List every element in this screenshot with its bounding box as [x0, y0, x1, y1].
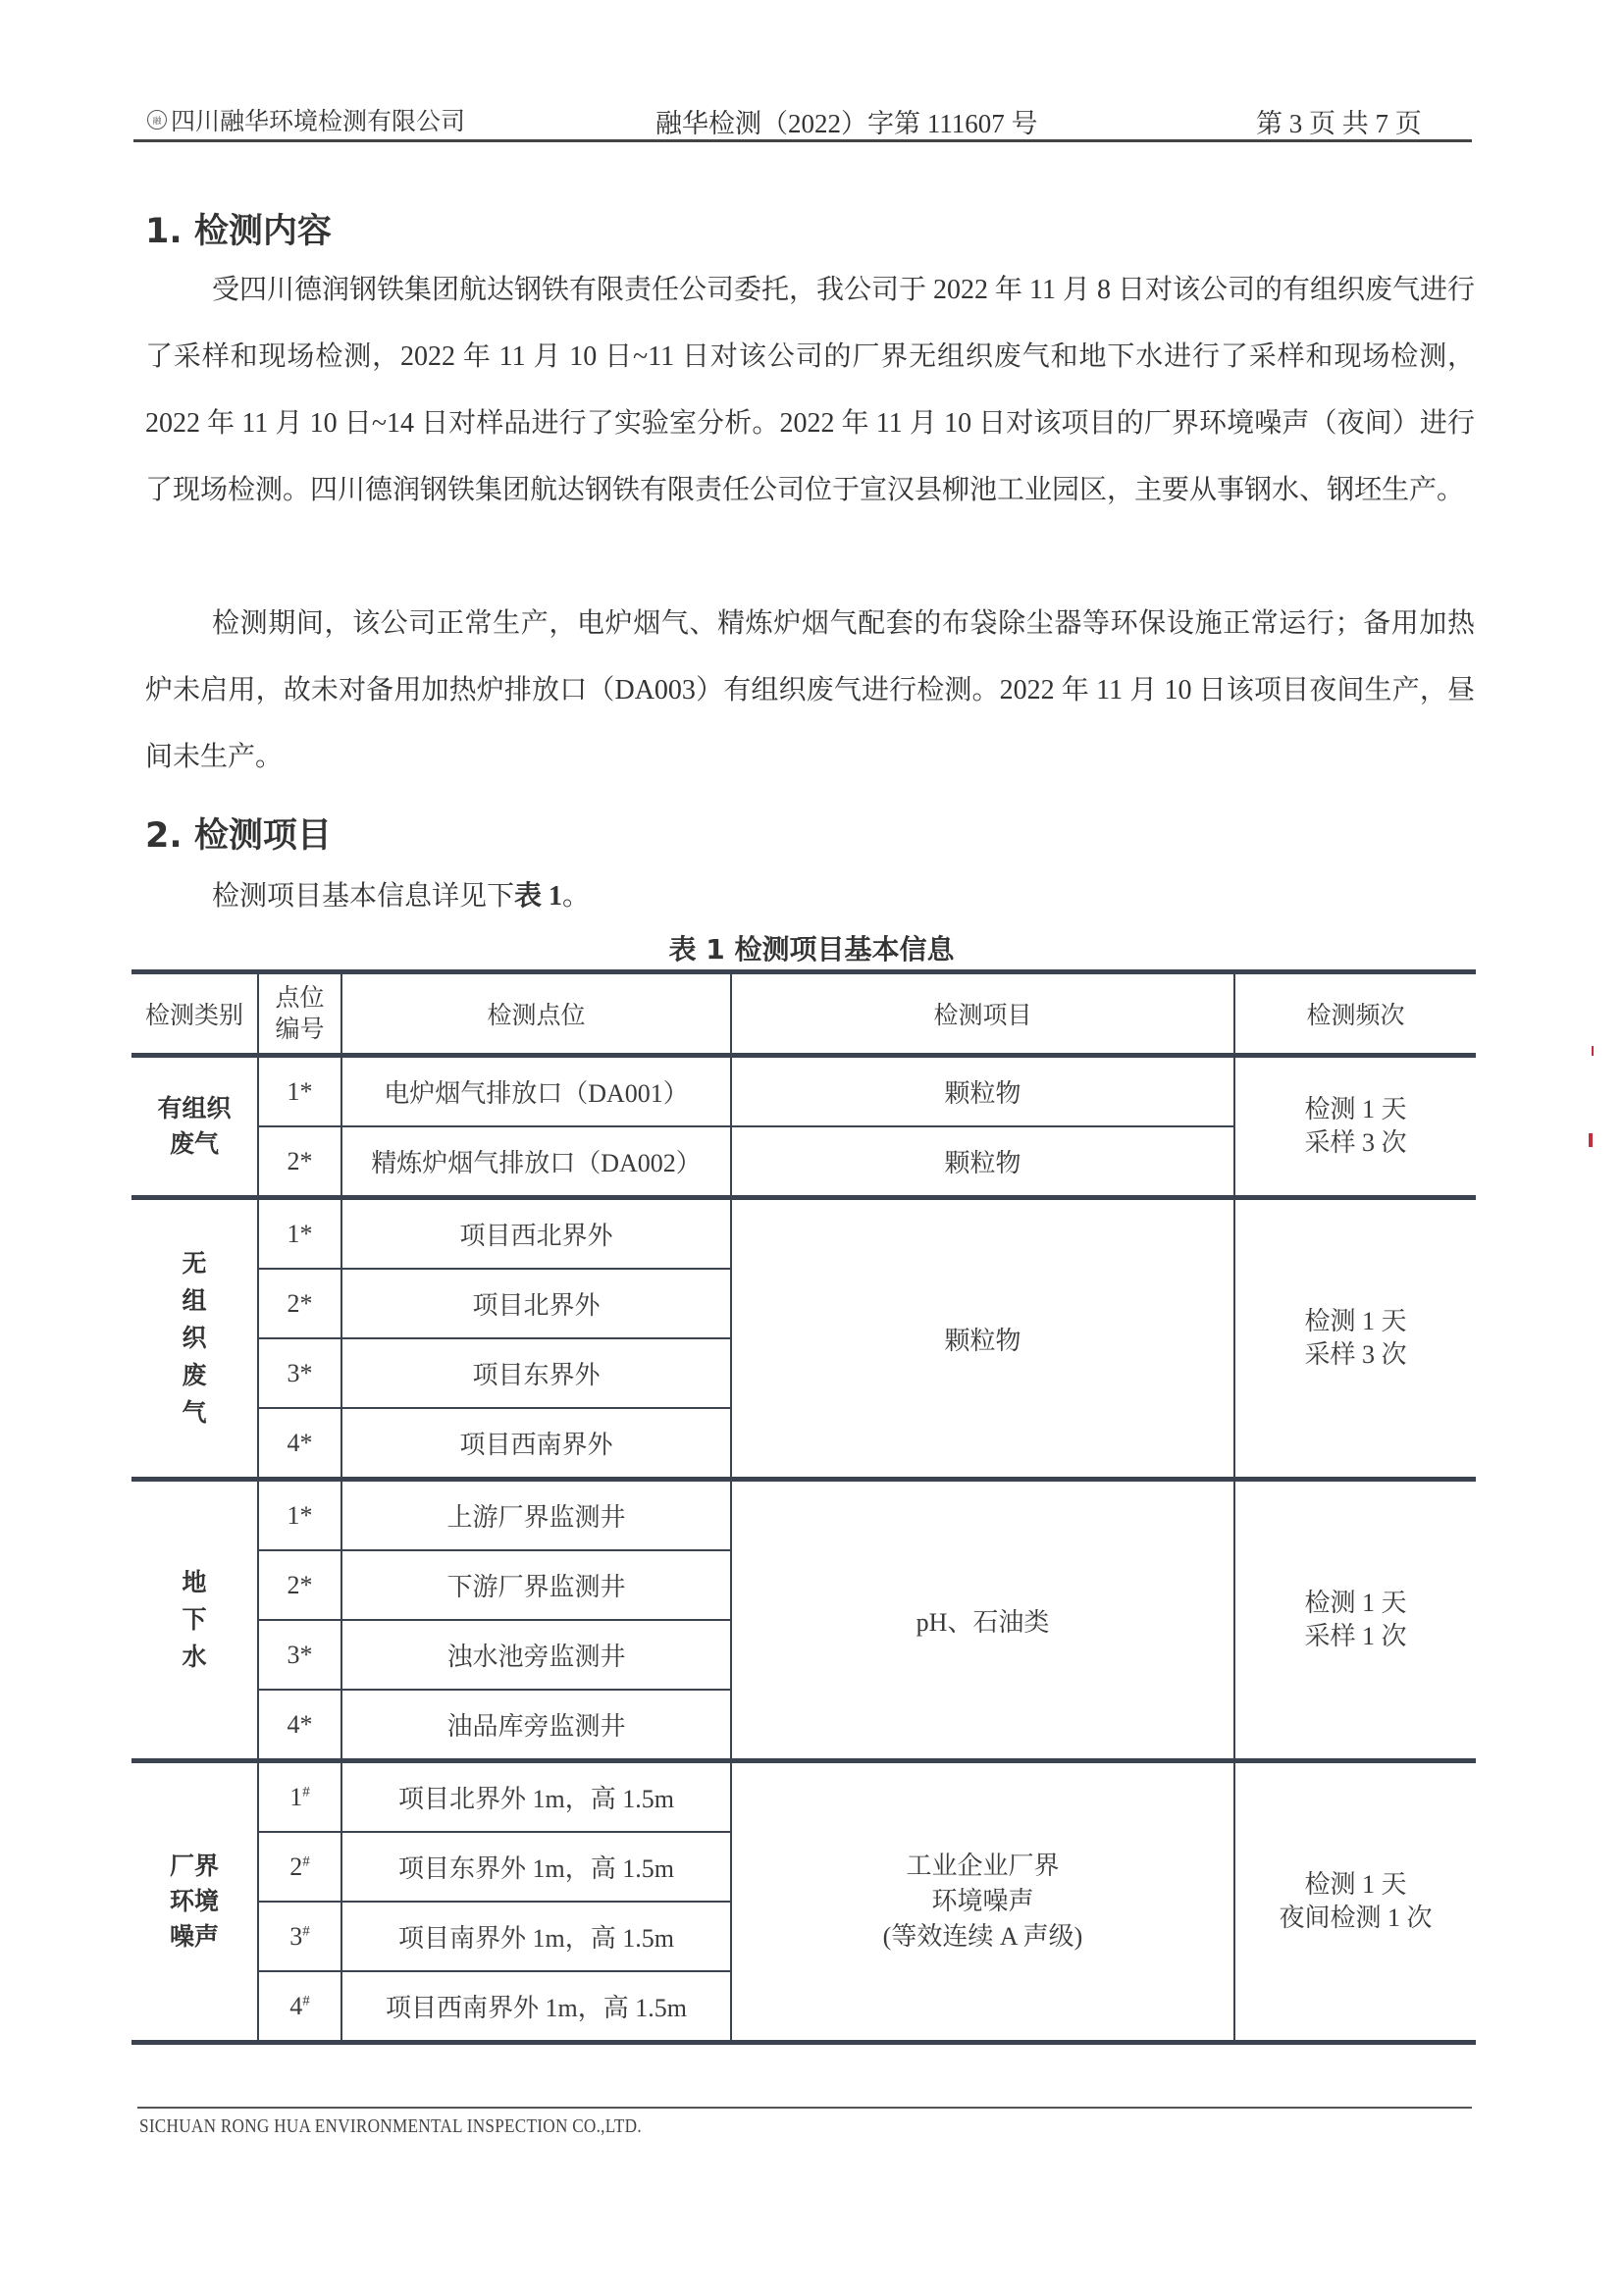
footer-company-en: SICHUAN RONG HUA ENVIRONMENTAL INSPECTIO…	[139, 2115, 642, 2138]
location: 项目北界外	[341, 1269, 731, 1338]
location: 油品库旁监测井	[341, 1690, 731, 1761]
company-name: 四川融华环境检测有限公司	[171, 102, 465, 137]
category-organized-gas: 有组织 废气	[131, 1056, 258, 1198]
inspection-items-table: 检测类别 点位 编号 检测点位 检测项目 检测频次 有组织 废气 1* 电炉烟气…	[131, 969, 1476, 2045]
location: 电炉烟气排放口（DA001）	[341, 1056, 731, 1127]
item: 工业企业厂界 环境噪声 (等效连续 A 声级)	[731, 1761, 1234, 2043]
location: 项目北界外 1m，高 1.5m	[341, 1761, 731, 1833]
location: 项目西南界外 1m，高 1.5m	[341, 1971, 731, 2043]
location: 项目西南界外	[341, 1408, 731, 1480]
intro-text: 检测项目基本信息详见下	[212, 881, 514, 912]
document-number: 融华检测（2022）字第 111607 号	[655, 102, 1038, 140]
item: 颗粒物	[731, 1198, 1234, 1480]
footer-divider	[137, 2107, 1472, 2109]
location: 项目东界外 1m，高 1.5m	[341, 1832, 731, 1902]
point-no: 2*	[258, 1550, 341, 1620]
col-header-point-no: 点位 编号	[258, 972, 341, 1056]
col-header-frequency: 检测频次	[1234, 972, 1476, 1056]
location: 下游厂界监测井	[341, 1550, 731, 1620]
section-2-title: 2. 检测项目	[145, 809, 332, 858]
item: pH、石油类	[731, 1480, 1234, 1761]
point-no: 1*	[258, 1198, 341, 1270]
category-fugitive-gas: 无 组 织 废 气	[131, 1198, 258, 1480]
location: 项目东界外	[341, 1338, 731, 1408]
frequency: 检测 1 天 采样 1 次	[1234, 1480, 1476, 1761]
point-no: 4*	[258, 1690, 341, 1761]
category-groundwater: 地 下 水	[131, 1480, 258, 1761]
frequency: 检测 1 天 夜间检测 1 次	[1234, 1761, 1476, 2043]
point-no: 1*	[258, 1056, 341, 1127]
location: 精炼炉烟气排放口（DA002）	[341, 1126, 731, 1198]
table-row: 厂界 环境 噪声 1# 项目北界外 1m，高 1.5m 工业企业厂界 环境噪声 …	[131, 1761, 1476, 1833]
point-no: 2*	[258, 1269, 341, 1338]
section-1-title: 1. 检测内容	[145, 204, 332, 253]
frequency: 检测 1 天 采样 3 次	[1234, 1056, 1476, 1198]
section-1-paragraph-2: 检测期间，该公司正常生产，电炉烟气、精炼炉烟气配套的布袋除尘器等环保设施正常运行…	[145, 591, 1475, 791]
point-no: 4*	[258, 1408, 341, 1480]
col-header-category: 检测类别	[131, 972, 258, 1056]
location: 浊水池旁监测井	[341, 1620, 731, 1690]
location: 上游厂界监测井	[341, 1480, 731, 1551]
location: 项目西北界外	[341, 1198, 731, 1270]
point-no: 4#	[258, 1971, 341, 2043]
point-no: 1#	[258, 1761, 341, 1833]
point-no: 2*	[258, 1126, 341, 1198]
col-header-item: 检测项目	[731, 972, 1234, 1056]
item: 颗粒物	[731, 1056, 1234, 1127]
page-indicator: 第 3 页 共 7 页	[1256, 102, 1422, 140]
table-row: 无 组 织 废 气 1* 项目西北界外 颗粒物 检测 1 天 采样 3 次	[131, 1198, 1476, 1270]
category-boundary-noise: 厂界 环境 噪声	[131, 1761, 258, 2043]
section-2-intro: 检测项目基本信息详见下表 1。	[145, 863, 1475, 930]
point-no: 3#	[258, 1902, 341, 1971]
seal-edge-mark	[1592, 1046, 1594, 1056]
table-caption: 表 1 检测项目基本信息	[0, 928, 1623, 967]
point-no: 1*	[258, 1480, 341, 1551]
location: 项目南界外 1m，高 1.5m	[341, 1902, 731, 1971]
table-reference: 表 1	[514, 881, 562, 912]
header-company: 融 四川融华环境检测有限公司	[147, 102, 465, 137]
point-no: 3*	[258, 1620, 341, 1690]
col-header-location: 检测点位	[341, 972, 731, 1056]
frequency: 检测 1 天 采样 3 次	[1234, 1198, 1476, 1480]
section-1-paragraph-1: 受四川德润钢铁集团航达钢铁有限责任公司委托，我公司于 2022 年 11 月 8…	[145, 257, 1475, 524]
seal-edge-mark	[1589, 1133, 1593, 1147]
header-divider	[133, 139, 1472, 142]
intro-suffix: 。	[562, 881, 590, 912]
item: 颗粒物	[731, 1126, 1234, 1198]
point-no: 2#	[258, 1832, 341, 1902]
company-logo-icon: 融	[147, 110, 167, 130]
table-header-row: 检测类别 点位 编号 检测点位 检测项目 检测频次	[131, 972, 1476, 1056]
table-row: 地 下 水 1* 上游厂界监测井 pH、石油类 检测 1 天 采样 1 次	[131, 1480, 1476, 1551]
table-row: 有组织 废气 1* 电炉烟气排放口（DA001） 颗粒物 检测 1 天 采样 3…	[131, 1056, 1476, 1127]
point-no: 3*	[258, 1338, 341, 1408]
